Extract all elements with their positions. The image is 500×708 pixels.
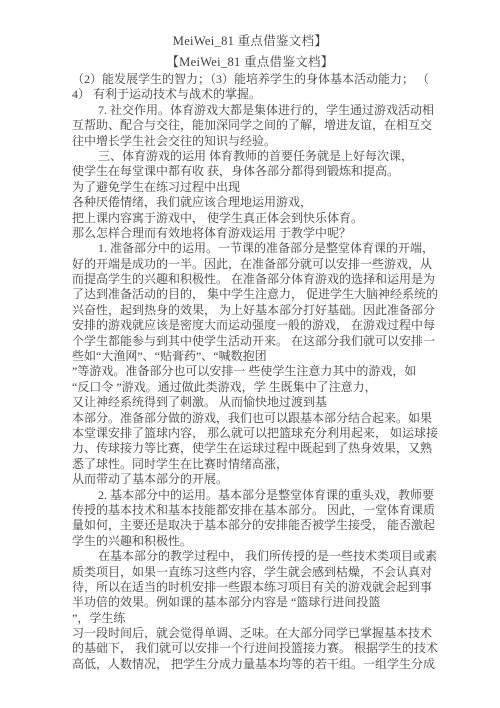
text-line: 2. 基本部分中的运用。基本部分是整堂体育课的重头戏，教师要 [72,488,434,503]
text-line: 在基本部分的教学过程中， 我们所传授的是一些技术类项目或素 [72,549,434,564]
text-line: 互帮助、配合与交往，能加深同学之间的了解，增进友谊，在相互交 [72,118,434,133]
text-line: （2）能发展学生的智力；（3）能培养学生的身体基本活动能力； （ [72,72,434,87]
text-line: 4） 有利于运动技术与战术的掌握。 [72,87,434,102]
text-line: 悉了球性。同时学生在比赛时情绪高涨， [72,457,434,472]
text-line: 量如何，主要还是取决于基本部分的安排能否被学生接受， 能否激起 [72,518,434,533]
text-line: 了达到准备活动的目的， 集中学生注意力， 促进学生大脑神经系统的 [72,287,434,302]
text-line: 些如“大渔网”、“贴膏药”、“喊数抱团 [72,349,434,364]
text-line: 本堂课安排了篮球内容， 那么就可以把篮球充分利用起来， 如运球接 [72,426,434,441]
document-body: （2）能发展学生的智力；（3）能培养学生的身体基本活动能力； （4） 有利于运动… [72,72,434,672]
text-line: 三、体育游戏的运用 体育教师的首要任务就是上好每次课， [72,149,434,164]
text-line: 而提高学生的兴趣和积极性。 在准备部分体育游戏的选择和运用是为 [72,272,434,287]
text-line: 各种厌倦情绪，我们就应该合理地运用游戏， [72,195,434,210]
text-line: 半功倍的效果。例如课的基本部分内容是 “篮球行进间投篮 [72,595,434,610]
text-line: 高低，人数情况， 把学生分成力量基本均等的若干组。一组学生分成 [72,657,434,672]
text-line: 安排的游戏就应该是密度大而运动强度一般的游戏， 在游戏过程中每 [72,318,434,333]
text-line: 又让神经系统得到了刺激。 从而愉快地过渡到基 [72,395,434,410]
header-watermark-line-2: 【MeiWei_81 重点借鉴文档】 [0,52,500,73]
text-line: 把上课内容寓于游戏中， 使学生真正体会到快乐体育。 [72,211,434,226]
text-line: 本部分。准备部分做的游戏，我们也可以跟基本部分结合起来。如果 [72,411,434,426]
text-line: 的基础下， 我们就可以安排一个行进间投篮接力赛。 根据学生的技术 [72,641,434,656]
text-line: 从而带动了基本部分的开展。 [72,472,434,487]
text-line: 为了避免学生在练习过程中出现 [72,180,434,195]
text-line: “反口令 ”游戏。通过做此类游戏，学 生既集中了注意力， [72,380,434,395]
text-line: 个学生都能参与到其中使学生活动开来。 在这部分我们就可以安排一 [72,334,434,349]
text-line: 兴奋性，起到热身的效果， 为上好基本部分打好基础。因此准备部分 [72,303,434,318]
document-page: MeiWei_81 重点借鉴文档】 【MeiWei_81 重点借鉴文档】 （2）… [0,0,500,708]
header-watermark-line-1: MeiWei_81 重点借鉴文档】 [0,31,500,52]
text-line: 学生的兴趣和积极性。 [72,534,434,549]
text-line: ”等游戏。准备部分也可以安排一 些使学生注意力其中的游戏，如 [72,364,434,379]
text-line: 往中增长学生社会交往的知识与经验。 [72,134,434,149]
text-line: 7. 社交作用。体育游戏大都是集体进行的，学生通过游戏活动相 [72,103,434,118]
text-line: ”，学生练 [72,611,434,626]
text-line: 那么怎样合理而有效地将体育游戏运用 于教学中呢？ [72,226,434,241]
text-line: 好的开端是成功的一半。因此，在准备部分就可以安排一些游戏，从 [72,257,434,272]
text-line: 质类项目，如果一直练习这些内容，学生就会感到枯燥，不会认真对 [72,565,434,580]
text-line: 1. 准备部分中的运用。一节课的准备部分是整堂体育课的开端， [72,241,434,256]
text-line: 力、传球接力等比赛，使学生在运球过程中既起到了热身效果，又熟 [72,441,434,456]
text-line: 传授的基本技术和基本技能都安排在基本部分。 因此，一堂体育课质 [72,503,434,518]
text-line: 待，所以在适当的时机安排一些跟本练习项目有关的游戏就会起到事 [72,580,434,595]
text-line: 习一段时间后，就会觉得单调、乏味。在大部分同学已掌握基本技术 [72,626,434,641]
document-header: MeiWei_81 重点借鉴文档】 【MeiWei_81 重点借鉴文档】 [0,31,500,72]
text-line: 使学生在每堂课中都有收 获，身体各部分都得到锻炼和提高。 [72,164,434,179]
